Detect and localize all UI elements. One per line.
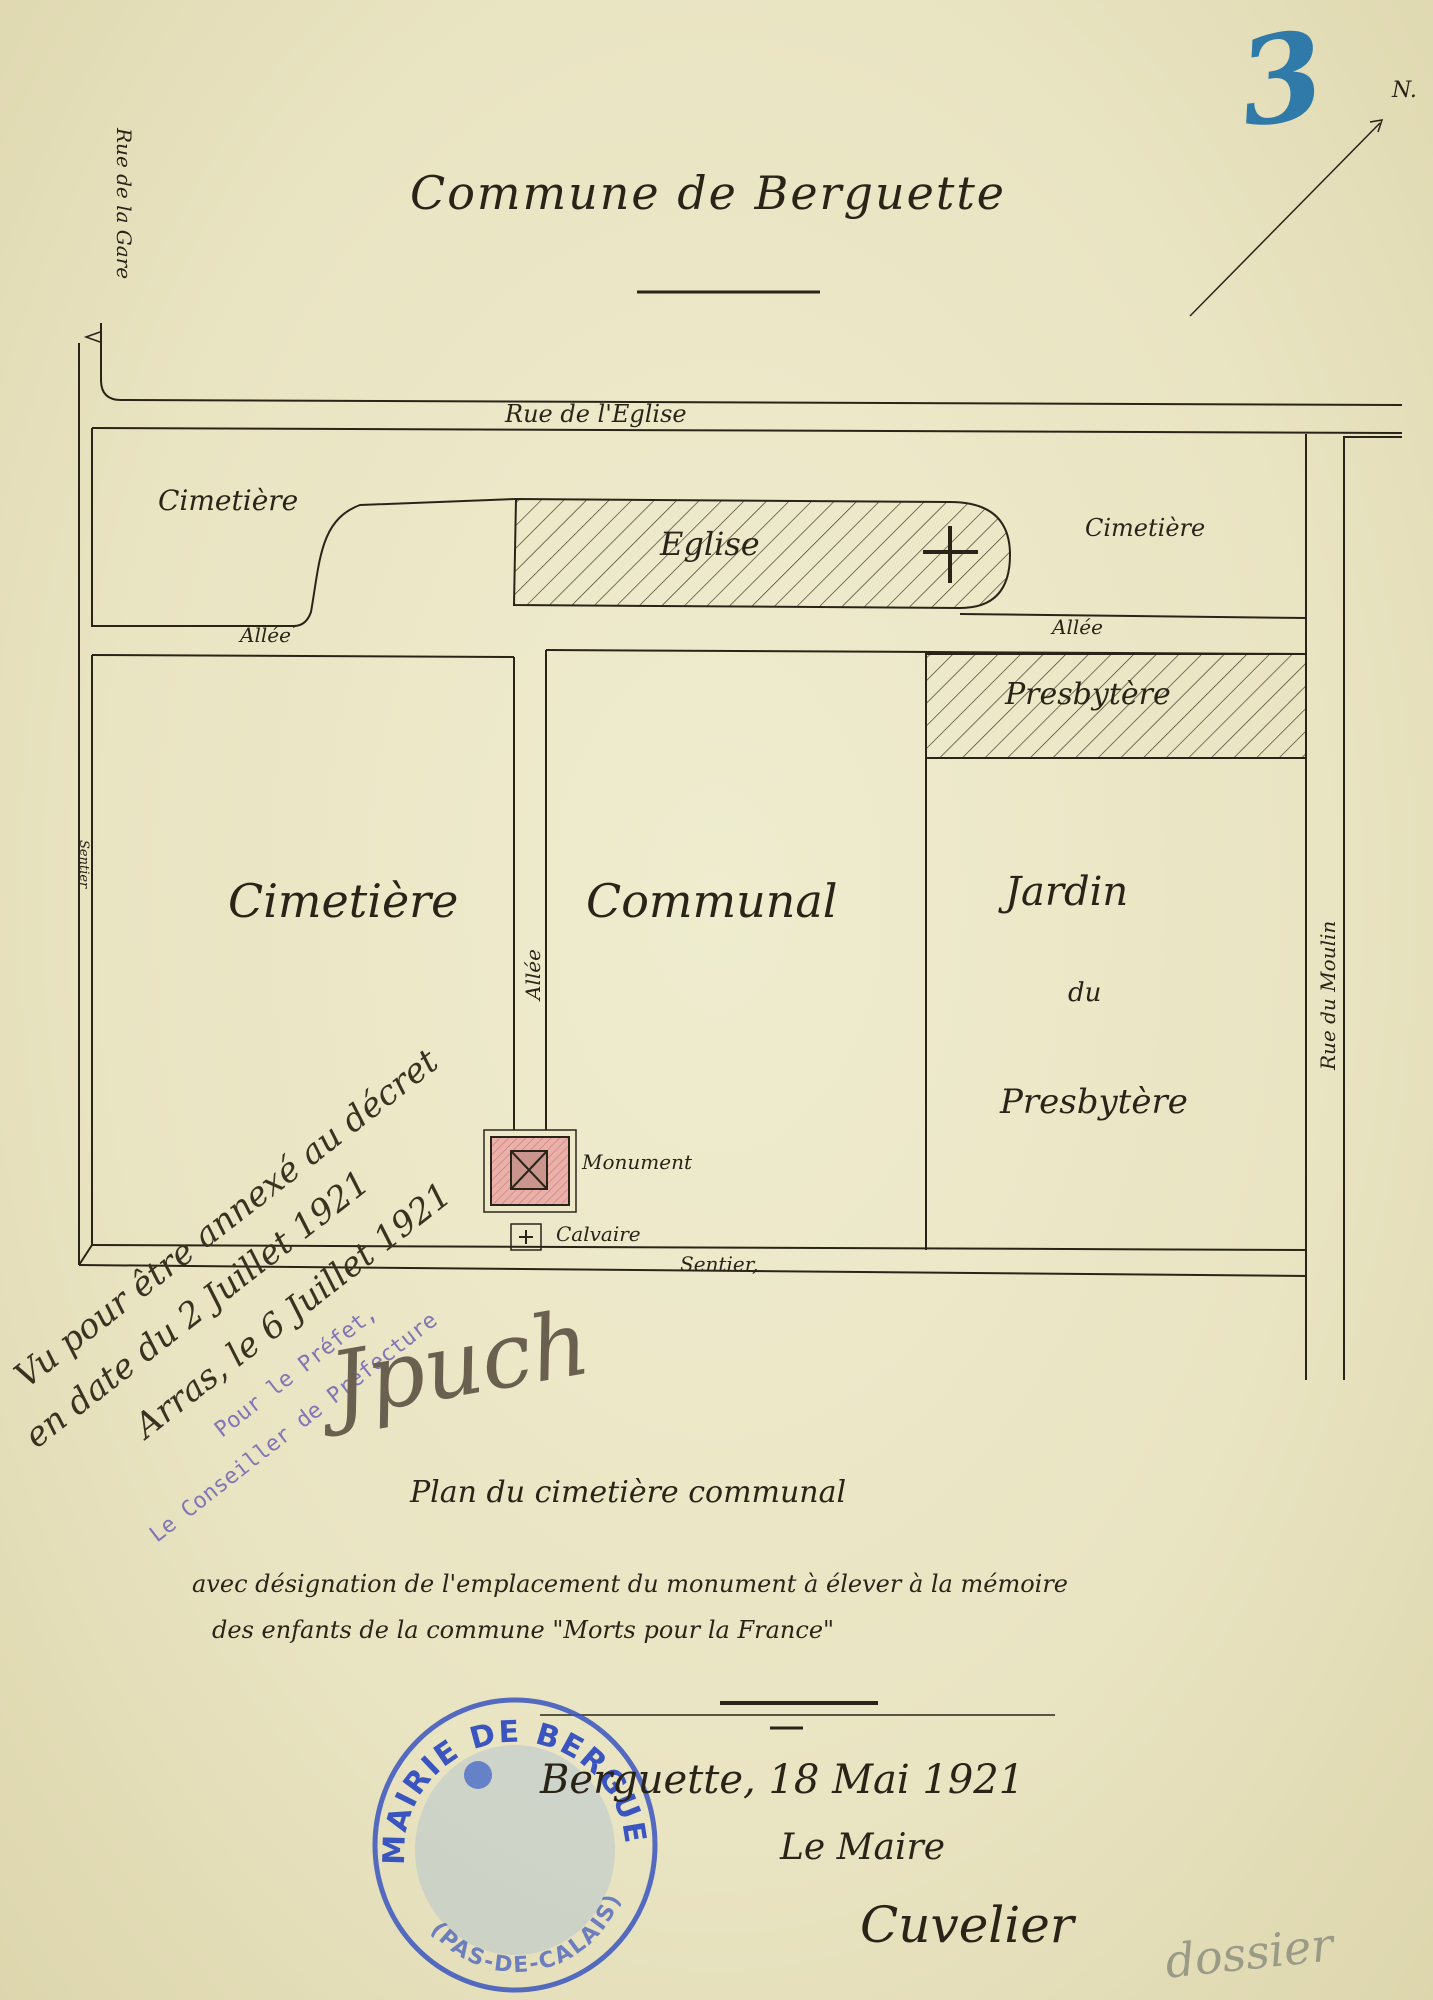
parcel-label-communal: Communal [586,878,838,924]
mairie-seal: MAIRIE DE BERGUETTE (PAS-DE-CALAIS) [360,1690,670,2000]
street-label-rue-du-moulin: Rue du Moulin [1318,921,1338,1070]
reference-number: 3 [1232,15,1331,145]
rue-de-la-gare-east-edge [101,323,1402,405]
parcel-label-du: du [1068,980,1101,1006]
feature-label-calvaire: Calvaire [556,1224,641,1244]
feature-label-monument: Monument [582,1152,692,1172]
street-label-rue-de-l-eglise: Rue de l'Eglise [505,402,687,426]
path-label-allee-vertical: Allée [523,949,543,1000]
parcel-label-jardin-presbytere: Presbytère [1000,1085,1188,1119]
plan-subtitle-line1: avec désignation de l'emplacement du mon… [192,1572,1068,1596]
parcel-label-eglise: Eglise [660,528,760,560]
parcel-label-cimetiere-main: Cimetière [228,878,458,924]
signatory-title: Le Maire [780,1830,945,1866]
plan-title: Plan du cimetière communal [410,1478,846,1508]
parcel-label-cimetiere-top-right: Cimetière [1085,516,1205,540]
document-title: Commune de Berguette [410,170,1006,216]
north-arrow [1190,123,1380,316]
parcel-label-presbytere: Presbytère [1005,680,1171,710]
date-line: Berguette, 18 Mai 1921 [540,1760,1024,1800]
plan-subtitle-line2: des enfants de la commune "Morts pour la… [212,1618,834,1642]
path-label-sentier-left: Sentier [77,840,90,888]
cemetery-plan-map [0,0,1433,2000]
cimetiere-top-left-outline [92,428,296,627]
seal-star-icon [464,1761,492,1789]
street-label-sentier: Sentier, [680,1254,758,1274]
path-label-allee-left: Allée [240,625,291,645]
parcel-label-cimetiere-top-left: Cimetière [158,487,298,515]
north-label: N. [1392,80,1417,102]
signatory-signature: Cuvelier [860,1900,1074,1950]
path-label-allee-right: Allée [1052,617,1103,637]
parcel-label-jardin: Jardin [1005,872,1128,912]
street-label-rue-de-la-gare: Rue de la Gare [114,128,134,279]
